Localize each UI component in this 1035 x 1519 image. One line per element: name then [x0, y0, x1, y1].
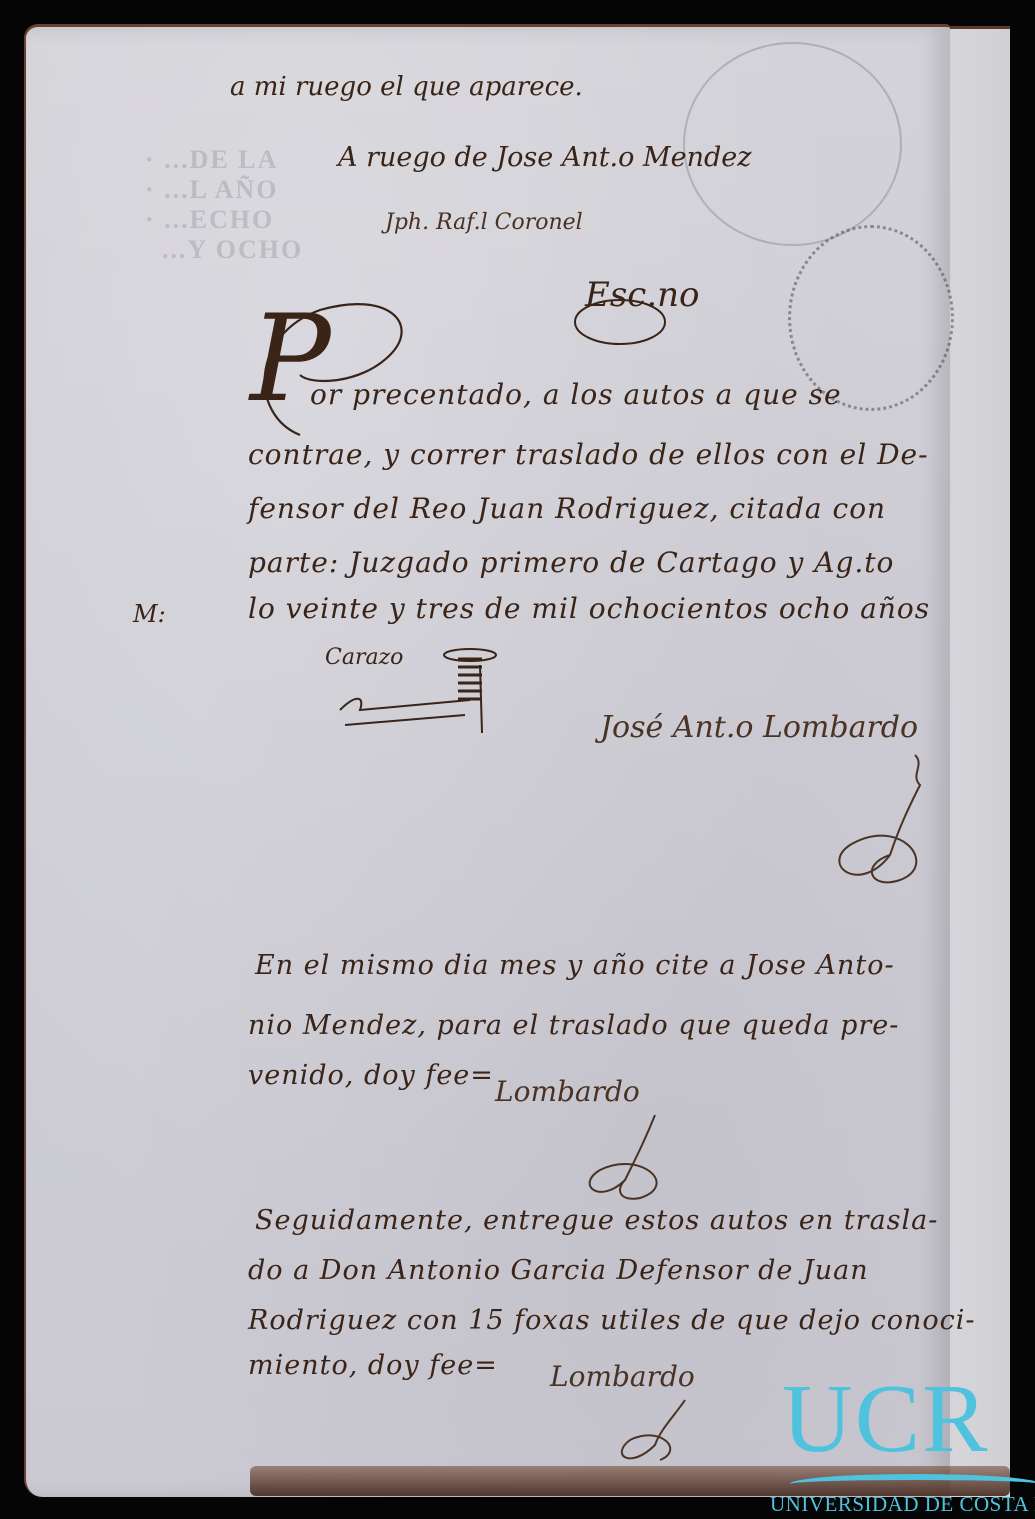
delivery-rubric-flourish-icon — [600, 1395, 700, 1475]
rubric-flourish-icon — [565, 290, 675, 350]
delivery-line-1: Seguidamente, entregue estos autos en tr… — [255, 1205, 938, 1236]
header-signature-coronel: Jph. Raf.l Coronel — [385, 210, 583, 235]
decree-line-3: fensor del Reo Juan Rodriguez, citada co… — [248, 492, 886, 525]
bleed-through-print: · ...DE LA · ...L AÑO · ...ECHO ...Y OCH… — [145, 145, 303, 265]
delivery-line-4: miento, doy fee= — [248, 1350, 498, 1381]
decree-line-5: lo veinte y tres de mil ochocientos ocho… — [248, 592, 930, 625]
notification-line-1: En el mismo dia mes y año cite a Jose An… — [255, 950, 895, 981]
delivery-line-2: do a Don Antonio Garcia Defensor de Juan — [248, 1255, 869, 1286]
signature-carazo: Carazo — [325, 645, 403, 670]
decree-line-4: parte: Juzgado primero de Cartago y Ag.t… — [248, 546, 894, 579]
delivery-line-3: Rodriguez con 15 foxas utiles de que dej… — [248, 1305, 976, 1336]
header-line-1: a mi ruego el que aparece. — [230, 72, 583, 102]
margin-note: M: — [133, 600, 166, 628]
notification-rubric-flourish-icon — [570, 1110, 690, 1210]
carazo-underline-flourish-icon — [335, 690, 475, 730]
ucr-swoosh-icon — [790, 1474, 1035, 1494]
ucr-watermark-logo: UCR UNIVERSIDAD DE COSTA RICA — [770, 1370, 1035, 1519]
notification-line-3: venido, doy fee= — [248, 1060, 494, 1091]
notification-line-2: nio Mendez, para el traslado que queda p… — [248, 1010, 899, 1041]
ucr-acronym: UCR — [782, 1370, 990, 1468]
header-line-2: A ruego de Jose Ant.o Mendez — [338, 142, 751, 173]
decree-line-2: contrae, y correr traslado de ellos con … — [248, 438, 929, 471]
ucr-university-name: UNIVERSIDAD DE COSTA RICA — [770, 1492, 1035, 1517]
signature-lombardo-delivery: Lombardo — [550, 1360, 695, 1393]
decree-line-1: or precentado, a los autos a que se — [310, 378, 842, 411]
signature-lombardo-main: José Ant.o Lombardo — [600, 710, 918, 745]
lombardo-rubric-flourish-icon — [800, 745, 950, 915]
signature-lombardo-notification: Lombardo — [495, 1075, 640, 1108]
